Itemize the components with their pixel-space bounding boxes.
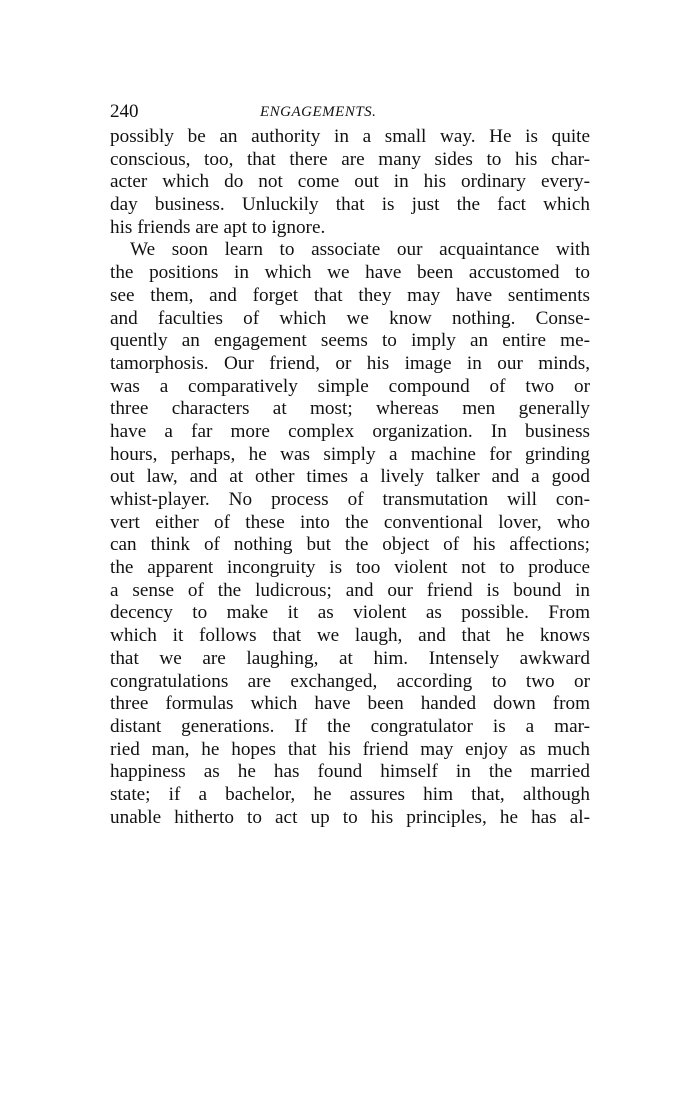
text-line: unable hitherto to act up to his princip… (110, 807, 590, 830)
book-page: 240 ENGAGEMENTS. possibly be an authorit… (110, 100, 590, 829)
text-line: possibly be an authority in a small way.… (110, 126, 590, 149)
text-line: the positions in which we have been accu… (110, 262, 590, 285)
text-line: ried man, he hopes that his friend may e… (110, 739, 590, 762)
text-line: state; if a bachelor, he assures him tha… (110, 784, 590, 807)
text-line: We soon learn to associate our acquainta… (110, 239, 590, 262)
text-line: and faculties of which we know nothing. … (110, 308, 590, 331)
paragraph-2: We soon learn to associate our acquainta… (110, 239, 590, 829)
text-line: distant generations. If the congratulato… (110, 716, 590, 739)
text-line: a sense of the ludicrous; and our friend… (110, 580, 590, 603)
text-line: that we are laughing, at him. Intensely … (110, 648, 590, 671)
text-line: hours, perhaps, he was simply a machine … (110, 444, 590, 467)
text-line: out law, and at other times a lively tal… (110, 466, 590, 489)
text-line: three characters at most; whereas men ge… (110, 398, 590, 421)
text-line: see them, and forget that they may have … (110, 285, 590, 308)
text-line: congratulations are exchanged, according… (110, 671, 590, 694)
running-head: 240 ENGAGEMENTS. (110, 100, 590, 124)
text-line: day business. Unluckily that is just the… (110, 194, 590, 217)
text-line: have a far more complex organization. In… (110, 421, 590, 444)
text-line: three formulas which have been handed do… (110, 693, 590, 716)
text-line: conscious, too, that there are many side… (110, 149, 590, 172)
text-line: which it follows that we laugh, and that… (110, 625, 590, 648)
text-line: his friends are apt to ignore. (110, 217, 590, 240)
text-line: the apparent incongruity is too violent … (110, 557, 590, 580)
text-line: acter which do not come out in his ordin… (110, 171, 590, 194)
text-line: happiness as he has found himself in the… (110, 761, 590, 784)
text-line: decency to make it as violent as possibl… (110, 602, 590, 625)
body-text: possibly be an authority in a small way.… (110, 126, 590, 829)
text-line: can think of nothing but the object of h… (110, 534, 590, 557)
text-line: quently an engagement seems to imply an … (110, 330, 590, 353)
running-title: ENGAGEMENTS. (260, 100, 376, 124)
text-line: tamorphosis. Our friend, or his image in… (110, 353, 590, 376)
text-line: vert either of these into the convention… (110, 512, 590, 535)
text-line: was a comparatively simple compound of t… (110, 376, 590, 399)
paragraph-1: possibly be an authority in a small way.… (110, 126, 590, 239)
text-line: whist-player. No process of transmutatio… (110, 489, 590, 512)
page-number: 240 (110, 100, 139, 124)
